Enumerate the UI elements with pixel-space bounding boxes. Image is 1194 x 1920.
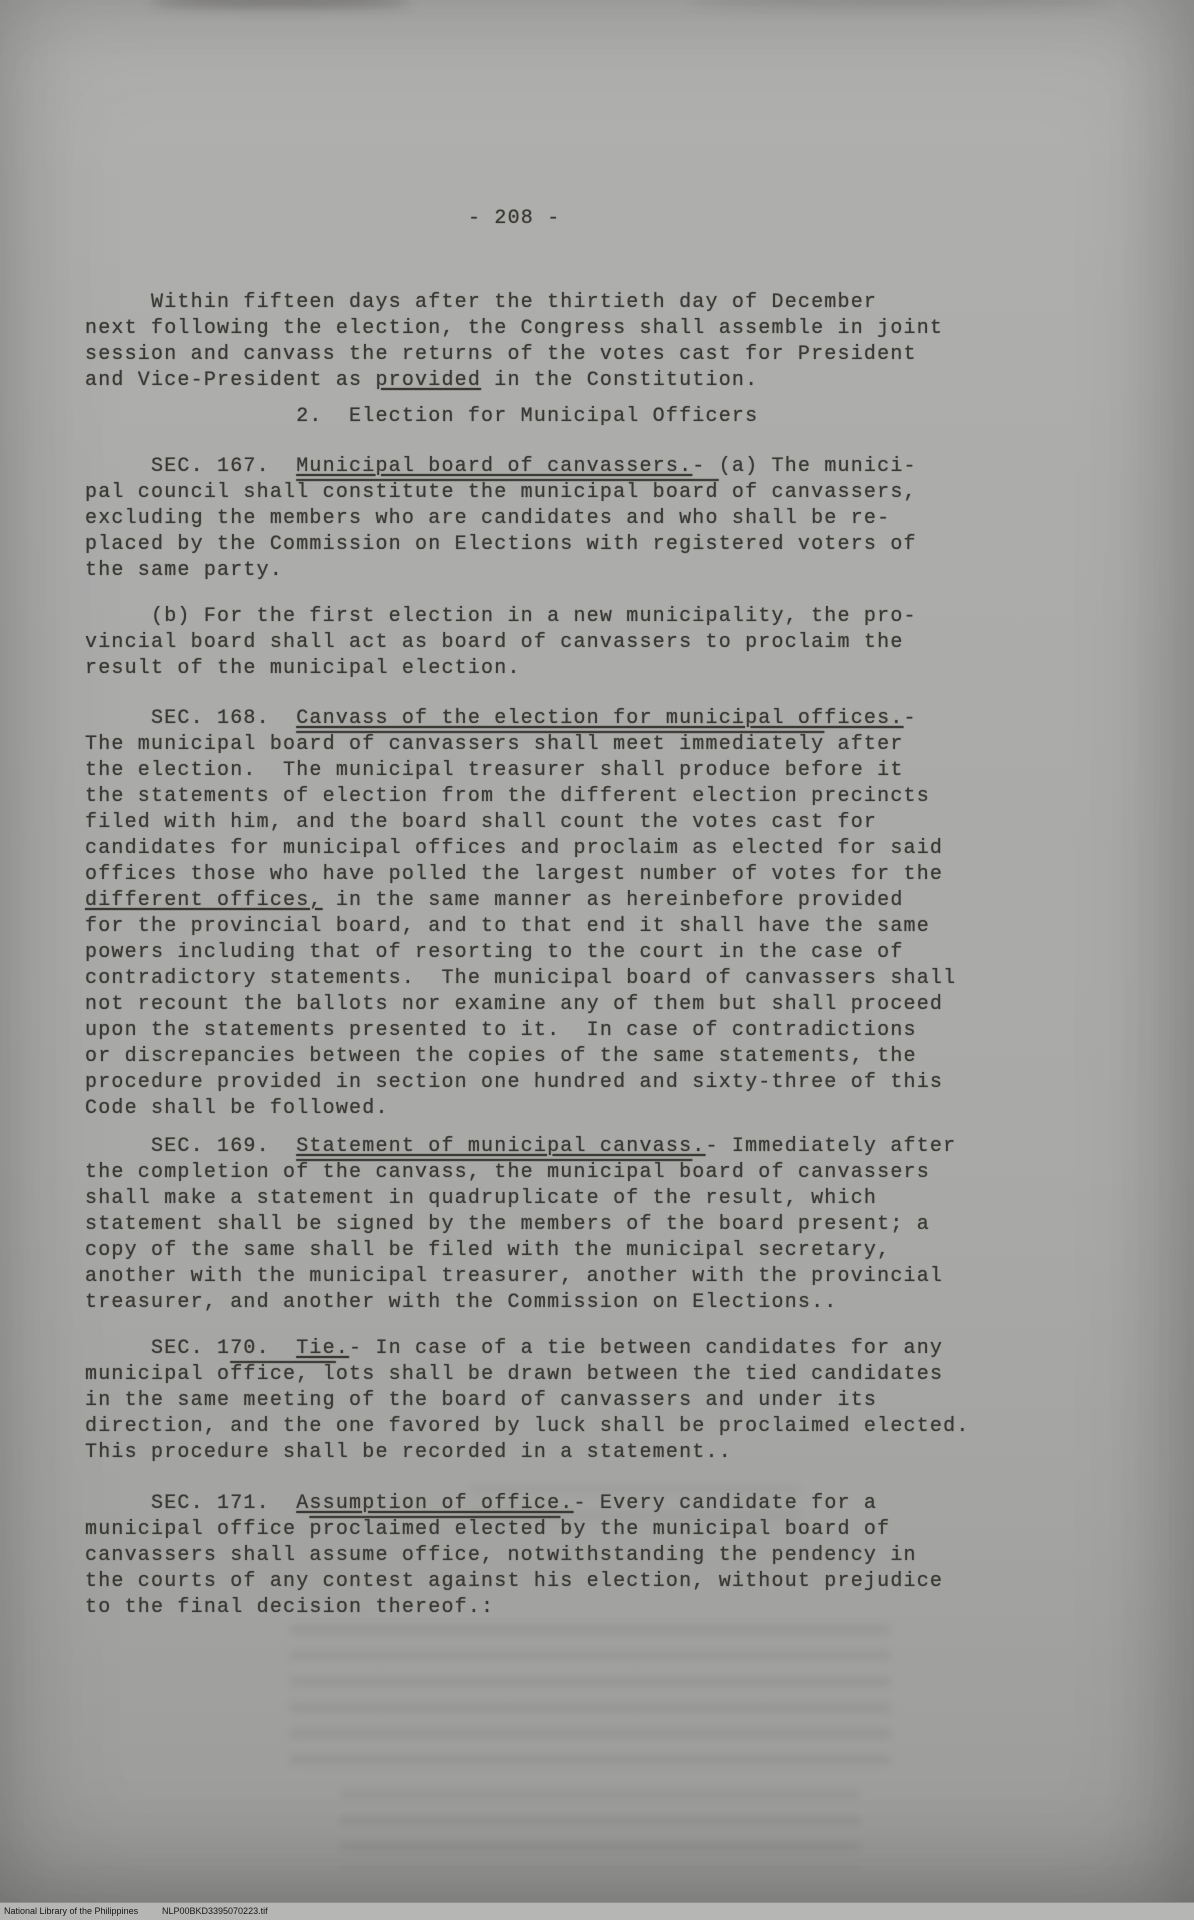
- section-167-municipal-board-of-canvassers: SEC. 167. Municipal board of canvassers.…: [85, 454, 917, 584]
- text-segment: upon the statements presented to it. In …: [85, 1019, 917, 1042]
- text-line: SEC. 170. Tie.- In case of a tie between…: [85, 1336, 970, 1362]
- underlined-text: Canvass of the election for municipal of…: [296, 707, 903, 730]
- text-segment: SEC. 167.: [85, 455, 296, 478]
- scanned-page: - 208 - Within fifteen days after the th…: [0, 0, 1194, 1920]
- text-line: pal council shall constitute the municip…: [85, 480, 917, 506]
- section-167-paragraph-b: (b) For the first election in a new muni…: [85, 604, 917, 682]
- section-170-tie: SEC. 170. Tie.- In case of a tie between…: [85, 1336, 970, 1466]
- text-segment: SEC. 171.: [85, 1492, 296, 1515]
- text-segment: offices those who have polled the larges…: [85, 863, 943, 886]
- text-line: municipal office, lots shall be drawn be…: [85, 1362, 970, 1388]
- text-segment: pal council shal: [85, 481, 296, 504]
- underlined-text: Municipal board of canvassers.: [296, 455, 692, 478]
- text-segment: - In case of a tie between candidates fo…: [349, 1337, 943, 1360]
- footer-filename-label: NLP00BKD3395070223.tif: [162, 1906, 268, 1916]
- text-segment: powers including that of resorting to th…: [85, 941, 904, 964]
- text-segment: result of the municipal election.: [85, 657, 521, 680]
- text-line: procedure provided in section one hundre…: [85, 1070, 956, 1096]
- text-line: (b) For the first election in a new muni…: [85, 604, 917, 630]
- text-segment: - Every candidate for a: [573, 1492, 877, 1515]
- overstruck-text: f the canvass, the municipal b: [296, 1161, 692, 1184]
- text-line: 2. Election for Municipal Officers: [85, 404, 758, 430]
- text-line: shall make a statement in quadruplicate …: [85, 1186, 956, 1212]
- text-line: different offices, in the same manner as…: [85, 888, 956, 914]
- text-line: treasurer, and another with the Commissi…: [85, 1290, 956, 1316]
- text-line: offices those who have polled the larges…: [85, 862, 956, 888]
- text-segment: in the same meeting of the board of canv…: [85, 1389, 877, 1412]
- text-line: the completion of the canvass, the munic…: [85, 1160, 956, 1186]
- text-line: - 208 -: [468, 206, 560, 232]
- text-segment: statement shall be signed by the members…: [85, 1213, 930, 1236]
- text-line: upon the statements presented to it. In …: [85, 1018, 956, 1044]
- text-line: excluding the members who are candidates…: [85, 506, 917, 532]
- text-segment: in the same manner as hereinbefore provi…: [323, 889, 904, 912]
- text-segment: Within fifteen days after the thirtieth …: [85, 291, 877, 314]
- text-segment: - Immediately after: [706, 1135, 957, 1158]
- text-segment: oard of canvassers: [692, 1161, 930, 1184]
- text-line: Code shall be followed.: [85, 1096, 956, 1122]
- text-line: candidates for municipal offices and pro…: [85, 836, 956, 862]
- text-segment: placed by the Commission on Elections wi…: [85, 533, 917, 556]
- text-segment: the election. The municipal treasurer sh…: [85, 759, 904, 782]
- text-line: the courts of any contest against his el…: [85, 1569, 943, 1595]
- text-line: the same party.: [85, 558, 917, 584]
- text-line: direction, and the one favored by luck s…: [85, 1414, 970, 1440]
- text-segment: to the final decision thereof.:: [85, 1596, 494, 1619]
- overstruck-text: ard of canvassers shall meet immediately: [296, 733, 824, 756]
- text-segment: SEC. 168.: [85, 707, 296, 730]
- underlined-text: Tie.: [296, 1337, 349, 1360]
- text-line: powers including that of resorting to th…: [85, 940, 956, 966]
- text-segment: municipal office: [85, 1518, 309, 1541]
- text-segment: in the Constitution.: [481, 369, 758, 392]
- text-segment: copy of the same shall be filed with the…: [85, 1239, 890, 1262]
- text-segment: ots shall be drawn between the tied cand…: [336, 1363, 943, 1386]
- text-segment: contradictory statements. The municipal …: [85, 967, 956, 990]
- text-segment: next following the election, the Congres…: [85, 317, 943, 340]
- text-segment: SEC. 169.: [85, 1135, 296, 1158]
- text-line: SEC. 171. Assumption of office.- Every c…: [85, 1491, 943, 1517]
- text-line: or discrepancies between the copies of t…: [85, 1044, 956, 1070]
- text-line: another with the municipal treasurer, an…: [85, 1264, 956, 1290]
- text-line: filed with him, and the board shall coun…: [85, 810, 956, 836]
- text-segment: of canvassers,: [719, 481, 917, 504]
- text-line: SEC. 169. Statement of municipal canvass…: [85, 1134, 956, 1160]
- text-line: the statements of election from the diff…: [85, 784, 956, 810]
- text-line: placed by the Commission on Elections wi…: [85, 532, 917, 558]
- text-segment: and Vice-President as: [85, 369, 375, 392]
- underlined-text: provided: [375, 369, 481, 392]
- text-segment: Code shall be followed.: [85, 1097, 389, 1120]
- underlined-text: Assumption of office.: [296, 1492, 573, 1515]
- text-segment: by the municipal board of: [560, 1518, 890, 1541]
- text-line: This procedure shall be recorded in a st…: [85, 1440, 970, 1466]
- text-line: SEC. 167. Municipal board of canvassers.…: [85, 454, 917, 480]
- text-line: canvassers shall assume office, notwiths…: [85, 1543, 943, 1569]
- text-segment: -: [904, 707, 917, 730]
- footer-library-label: National Library of the Philippines: [4, 1906, 138, 1916]
- text-line: contradictory statements. The municipal …: [85, 966, 956, 992]
- text-line: Within fifteen days after the thirtieth …: [85, 290, 943, 316]
- text-segment: the completion o: [85, 1161, 296, 1184]
- text-line: in the same meeting of the board of canv…: [85, 1388, 970, 1414]
- text-segment: the statements of election from the diff…: [85, 785, 930, 808]
- text-line: The municipal board of canvassers shall …: [85, 732, 956, 758]
- section-168-canvass-of-election: SEC. 168. Canvass of the election for mu…: [85, 706, 956, 1122]
- section-171-assumption-of-office: SEC. 171. Assumption of office.- Every c…: [85, 1491, 943, 1621]
- text-segment: treasurer, and another with the Commissi…: [85, 1291, 838, 1314]
- text-segment: after: [824, 733, 903, 756]
- text-layer: - 208 - Within fifteen days after the th…: [0, 0, 1194, 1920]
- section-169-statement-of-municipal-canvass: SEC. 169. Statement of municipal canvass…: [85, 1134, 956, 1316]
- text-line: not recount the ballots nor examine any …: [85, 992, 956, 1018]
- intro-paragraph: Within fifteen days after the thirtieth …: [85, 290, 943, 394]
- text-segment: candidates for municipal offices and pro…: [85, 837, 943, 860]
- text-segment: SEC. 170.: [85, 1337, 296, 1360]
- text-line: and Vice-President as provided in the Co…: [85, 368, 943, 394]
- text-line: copy of the same shall be filed with the…: [85, 1238, 956, 1264]
- text-segment: or discrepancies between the copies of t…: [85, 1045, 917, 1068]
- text-segment: not recount the ballots nor examine any …: [85, 993, 943, 1016]
- text-line: next following the election, the Congres…: [85, 316, 943, 342]
- underlined-text: different offices,: [85, 889, 323, 912]
- text-segment: session and canvass the returns of the v…: [85, 343, 917, 366]
- text-line: statement shall be signed by the members…: [85, 1212, 956, 1238]
- overstruck-text: l constitute the municipal board: [296, 481, 718, 504]
- subheading-election-municipal-officers: 2. Election for Municipal Officers: [85, 404, 758, 430]
- text-segment: procedure provided in section one hundre…: [85, 1071, 943, 1094]
- underlined-text: Statement of municipal canvass.: [296, 1135, 705, 1158]
- text-segment: excluding the members who are candidates…: [85, 507, 890, 530]
- text-segment: vincial board shall act as board of canv…: [85, 631, 904, 654]
- text-segment: municipal o: [85, 1363, 230, 1386]
- overstruck-text: proclaimed elected: [309, 1518, 560, 1541]
- text-segment: another with the municipal treasurer, an…: [85, 1265, 943, 1288]
- text-line: to the final decision thereof.:: [85, 1595, 943, 1621]
- text-segment: the courts of any contest against his el…: [85, 1570, 943, 1593]
- text-segment: The municipal bo: [85, 733, 296, 756]
- text-line: session and canvass the returns of the v…: [85, 342, 943, 368]
- text-line: result of the municipal election.: [85, 656, 917, 682]
- text-segment: the same party.: [85, 559, 283, 582]
- overstruck-text: ffice, l: [230, 1363, 336, 1386]
- scan-footer: National Library of the Philippines NLP0…: [0, 1902, 1194, 1920]
- text-line: for the provincial board, and to that en…: [85, 914, 956, 940]
- text-segment: - (a) The munici-: [692, 455, 916, 478]
- text-segment: canvassers shall assume office, notwiths…: [85, 1544, 917, 1567]
- text-segment: (b) For the first election in a new muni…: [85, 605, 917, 628]
- text-segment: filed with him, and the board shall coun…: [85, 811, 877, 834]
- text-segment: direction, and the one favored by luck s…: [85, 1415, 970, 1438]
- text-line: SEC. 168. Canvass of the election for mu…: [85, 706, 956, 732]
- text-segment: - 208 -: [468, 207, 560, 230]
- text-segment: shall make a statement in quadruplicate …: [85, 1187, 877, 1210]
- page-number: - 208 -: [468, 206, 560, 232]
- text-segment: for the provincial board, and to that en…: [85, 915, 930, 938]
- text-segment: 2. Election for Municipal Officers: [85, 405, 758, 428]
- text-line: the election. The municipal treasurer sh…: [85, 758, 956, 784]
- text-segment: This procedure shall be recorded in a st…: [85, 1441, 732, 1464]
- text-line: municipal office proclaimed elected by t…: [85, 1517, 943, 1543]
- text-line: vincial board shall act as board of canv…: [85, 630, 917, 656]
